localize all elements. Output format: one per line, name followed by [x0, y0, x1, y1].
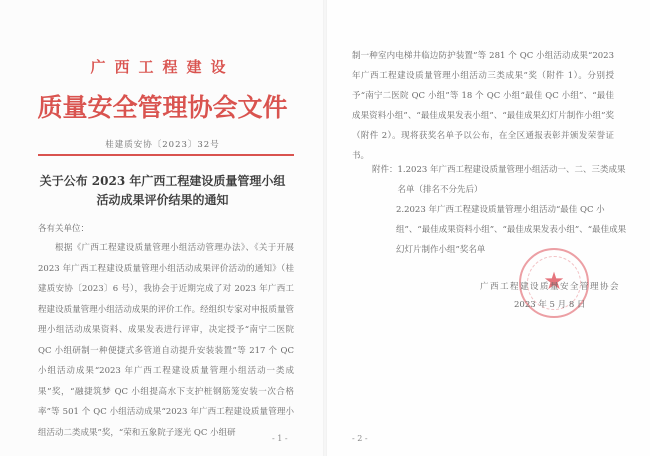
- attachments: 附件： 1.2023 年广西工程建设质量管理小组活动一、二、三类成果名单（排名不…: [372, 160, 632, 260]
- page-number-2: - 2 -: [352, 434, 368, 443]
- title-line-2: 活动成果评价结果的通知: [0, 191, 325, 210]
- attachment-2: 2.2023 年广西工程建设质量管理小组活动“最佳 QC 小组”、“最佳成果资料…: [372, 200, 632, 260]
- page-number-1: - 1 -: [272, 434, 288, 443]
- notice-title: 关于公布 2023 年广西工程建设质量管理小组 活动成果评价结果的通知: [0, 172, 325, 210]
- page-1: 广西工程建设 质量安全管理协会文件 桂建质安协〔2023〕32号 关于公布 20…: [0, 0, 325, 456]
- header-divider: [38, 154, 294, 156]
- body-paragraph: 根据《广西工程建设质量管理小组活动管理办法》、《关于开展 2023 年广西工程建…: [38, 238, 294, 443]
- title-line-1: 关于公布 2023 年广西工程建设质量管理小组: [0, 172, 325, 191]
- signing-date: 2023 年 5 月 8 日: [514, 298, 585, 310]
- body-text-page1: 根据《广西工程建设质量管理小组活动管理办法》、《关于开展 2023 年广西工程建…: [38, 238, 294, 443]
- attachment-1: 1.2023 年广西工程建设质量管理小组活动一、二、三类成果名单（排名不分先后）: [398, 160, 632, 200]
- header-org-line2: 质量安全管理协会文件: [0, 88, 325, 124]
- body-paragraph-continued: 制一种室内电梯井临边防护装置”等 281 个 QC 小组活动成果“2023 年广…: [352, 46, 614, 166]
- attachments-label: 附件：: [372, 160, 398, 200]
- doc-number: 桂建质安协〔2023〕32号: [0, 138, 325, 150]
- salutation: 各有关单位：: [38, 222, 89, 234]
- page-gutter: [323, 0, 327, 456]
- body-text-page2: 制一种室内电梯井临边防护装置”等 281 个 QC 小组活动成果“2023 年广…: [352, 46, 614, 166]
- signer: 广西工程建设质量安全管理协会: [480, 280, 620, 292]
- header-org-line1: 广西工程建设: [0, 56, 325, 77]
